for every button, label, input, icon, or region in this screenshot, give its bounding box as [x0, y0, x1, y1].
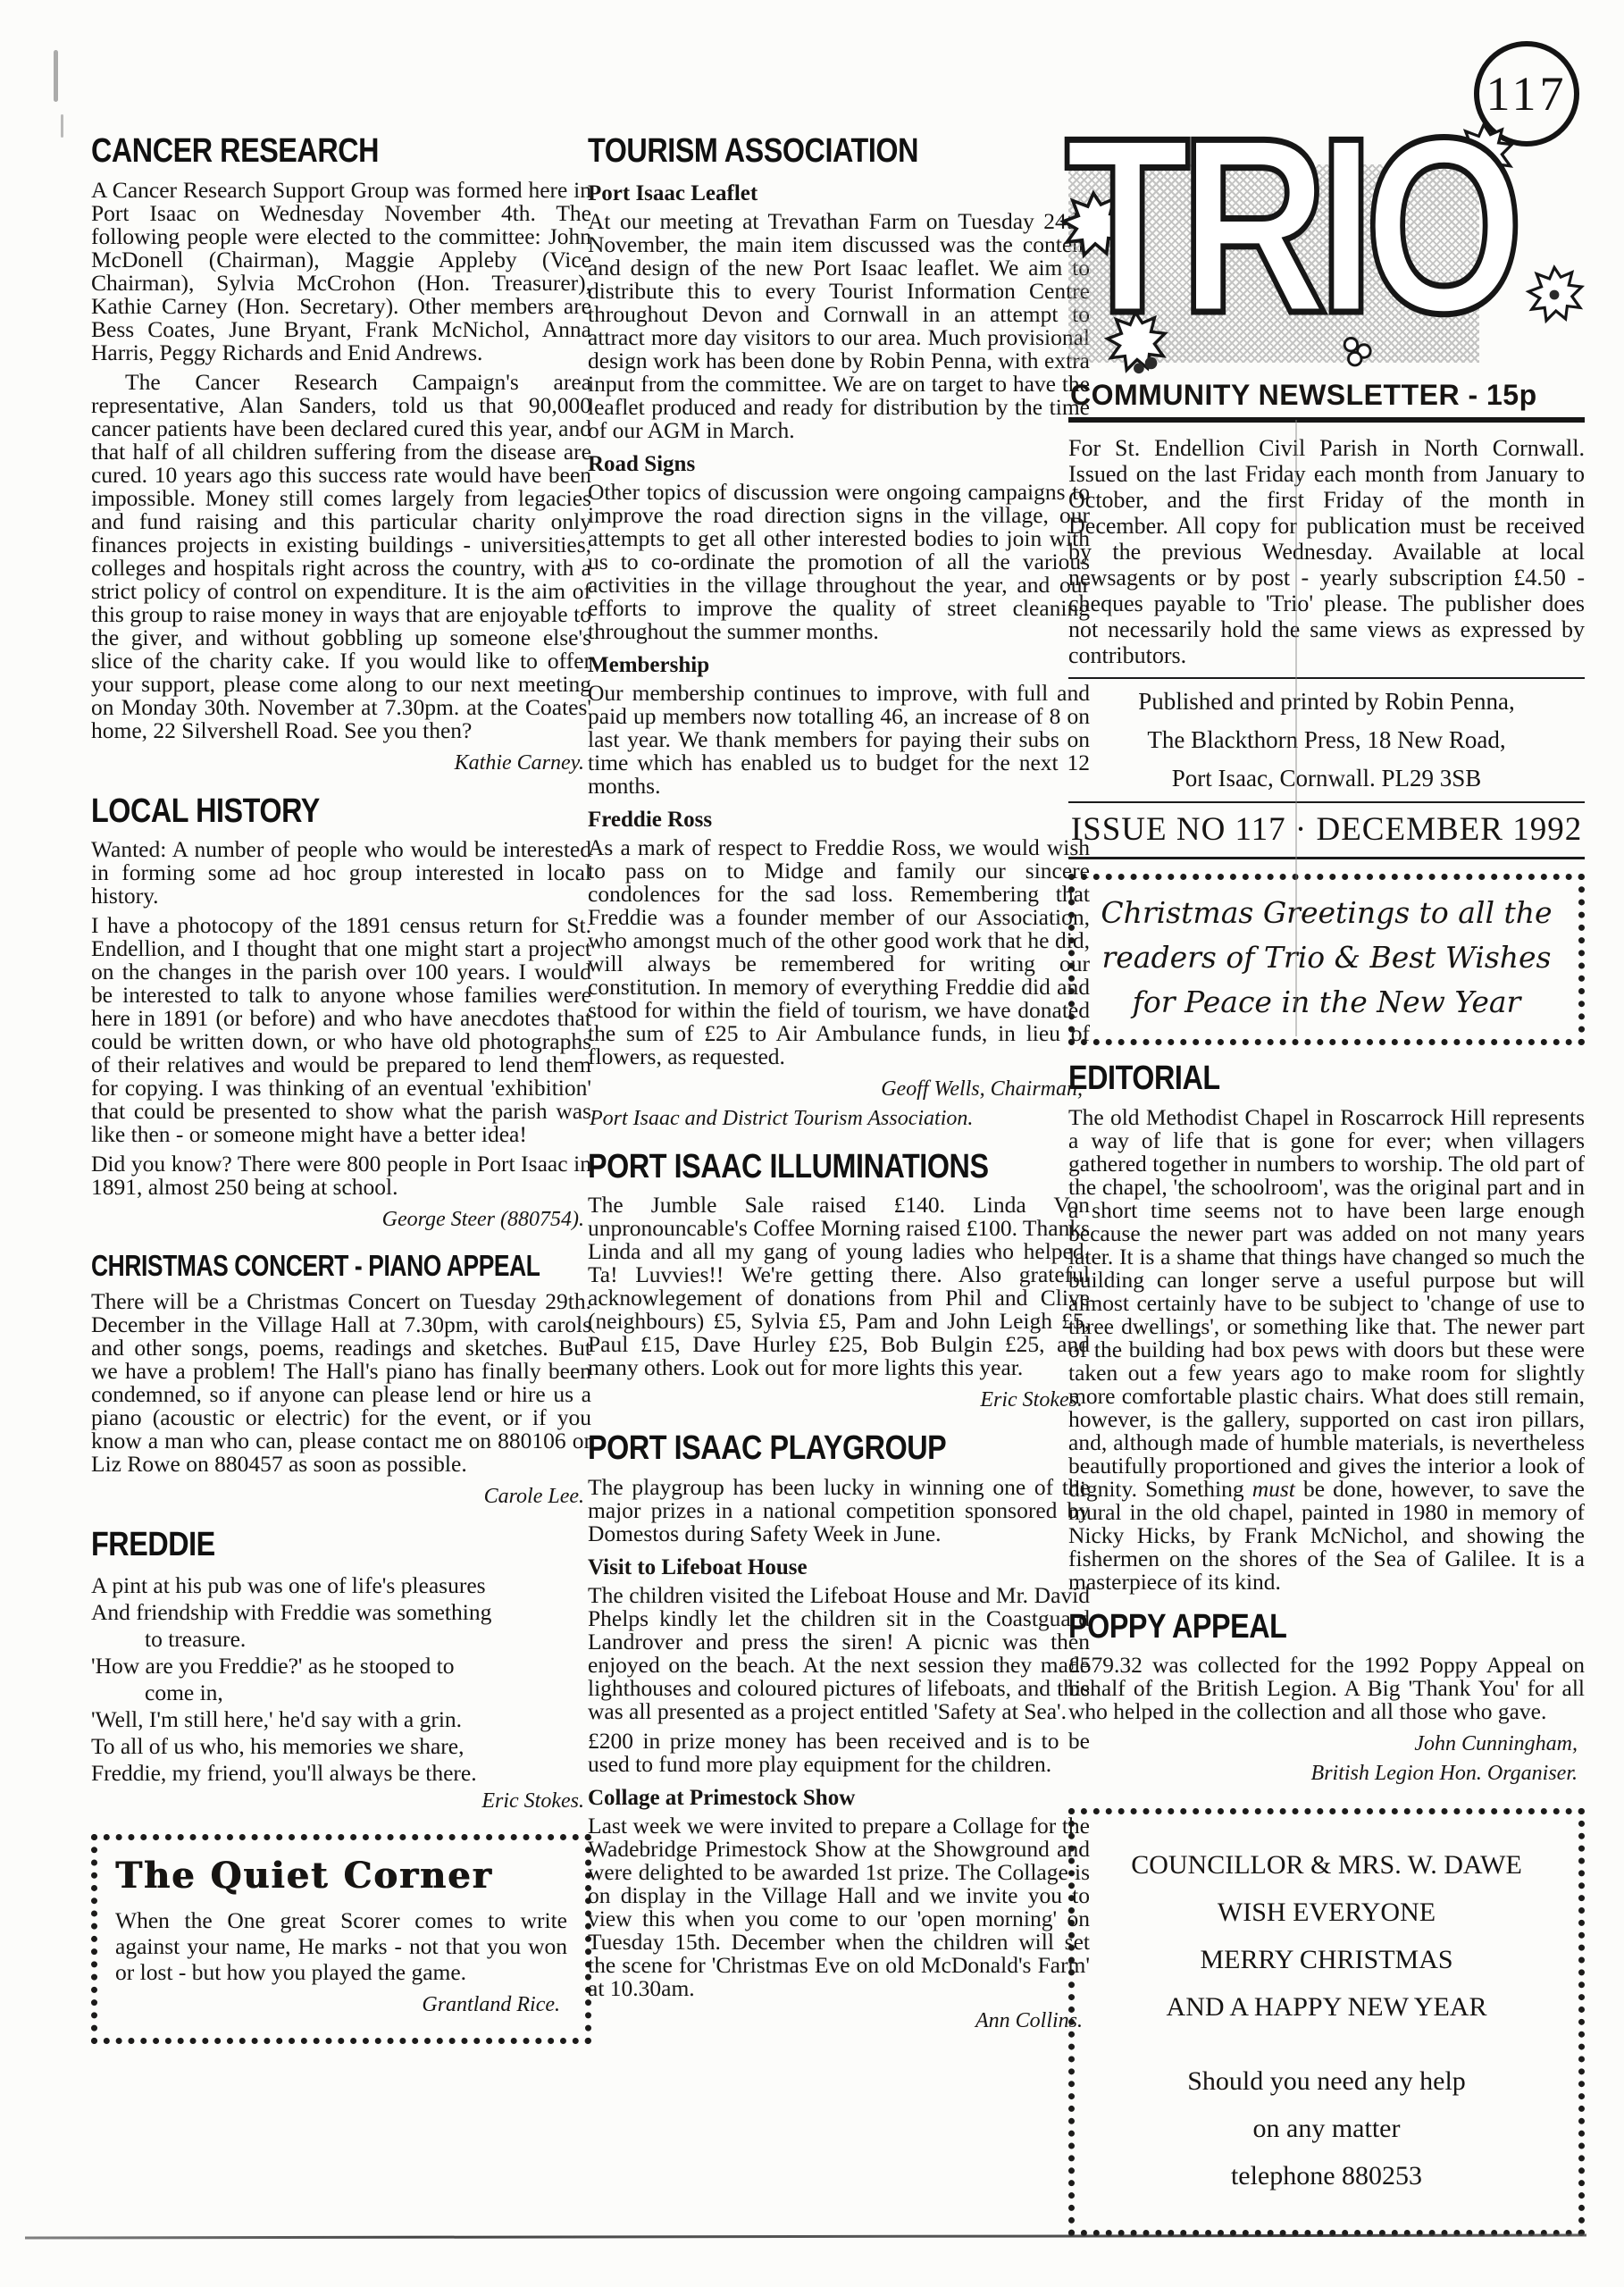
article-heading: PORT ISAAC PLAYGROUP: [588, 1429, 1015, 1469]
publisher-line: Port Isaac, Cornwall. PL29 3SB: [1068, 759, 1585, 798]
publisher-line: Published and printed by Robin Penna,: [1068, 683, 1585, 721]
signature: Eric Stokes.: [91, 1787, 584, 1816]
signature: Grantland Rice.: [115, 1990, 560, 2020]
emphasized-word: must: [1252, 1476, 1295, 1502]
poem-line: Freddie, my friend, you'll always be the…: [91, 1760, 591, 1787]
sub-heading: Collage at Primestock Show: [588, 1785, 1090, 1812]
paragraph: At our meeting at Trevathan Farm on Tues…: [588, 210, 1090, 442]
signature: Geoff Wells, Chairman,: [588, 1075, 1083, 1104]
greeting-line: Christmas Greetings to all the: [1080, 891, 1573, 935]
article-heading: CHRISTMAS CONCERT - PIANO APPEAL: [91, 1249, 491, 1283]
poem-line: And friendship with Freddie was somethin…: [91, 1599, 591, 1626]
councillor-dawe-box: COUNCILLOR & MRS. W. DAWE WISH EVERYONE …: [1068, 1808, 1585, 2236]
page-footer-line: [25, 2233, 1586, 2239]
greeting-line: Should you need any help: [1084, 2057, 1570, 2105]
article-cancer-research: CANCER RESEARCH A Cancer Research Suppor…: [91, 132, 591, 778]
signature: Port Isaac and District Tourism Associat…: [590, 1104, 1083, 1134]
article-editorial: EDITORIAL The old Methodist Chapel in Ro…: [1068, 1060, 1585, 1594]
signature: British Legion Hon. Organiser.: [1068, 1759, 1578, 1789]
article-local-history: LOCAL HISTORY Wanted: A number of people…: [91, 792, 591, 1236]
divider: [1068, 801, 1585, 803]
paragraph: Did you know? There were 800 people in P…: [91, 1152, 591, 1199]
sub-heading: Port Isaac Leaflet: [588, 180, 1090, 207]
article-christmas-concert: CHRISTMAS CONCERT - PIANO APPEAL There w…: [91, 1249, 591, 1512]
logo-text: TRIO: [1065, 79, 1514, 373]
divider: [1068, 677, 1585, 679]
article-illuminations: PORT ISAAC ILLUMINATIONS The Jumble Sale…: [588, 1148, 1090, 1416]
article-heading: EDITORIAL: [1068, 1060, 1507, 1099]
sub-heading: Visit to Lifeboat House: [588, 1554, 1090, 1581]
quiet-corner-title: The Quiet Corner: [115, 1855, 567, 1897]
poem: A pint at his pub was one of life's plea…: [91, 1572, 591, 1787]
signature: Kathie Carney.: [91, 749, 584, 778]
paragraph: As a mark of respect to Freddie Ross, we…: [588, 836, 1090, 1068]
greeting-line: WISH EVERYONE: [1084, 1889, 1570, 1936]
sub-heading: Road Signs: [588, 451, 1090, 478]
article-poppy-appeal: POPPY APPEAL £579.32 was collected for t…: [1068, 1608, 1585, 1789]
paragraph: Other topics of discussion were ongoing …: [588, 481, 1090, 643]
article-heading: PORT ISAAC ILLUMINATIONS: [588, 1148, 1015, 1187]
christmas-greeting-box: Christmas Greetings to all the readers o…: [1068, 874, 1585, 1045]
quiet-corner-box: The Quiet Corner When the One great Scor…: [91, 1834, 591, 2044]
masthead-about: For St. Endellion Civil Parish in North …: [1068, 435, 1585, 668]
paragraph: The Cancer Research Campaign's area repr…: [91, 371, 591, 742]
greeting-line: on any matter: [1084, 2105, 1570, 2152]
newsletter-page: 117 CANCER RESEARCH A Cancer Research Su…: [0, 0, 1624, 2287]
masthead-logo: TRIO: [1068, 113, 1585, 377]
scan-fold-line: [1295, 420, 1297, 1036]
poem-line: come in,: [91, 1680, 591, 1706]
issue-line: ISSUE NO 117 · DECEMBER 1992: [1068, 808, 1585, 851]
paragraph: Our membership continues to improve, wit…: [588, 682, 1090, 798]
article-heading: LOCAL HISTORY: [91, 792, 516, 832]
column-left: CANCER RESEARCH A Cancer Research Suppor…: [91, 132, 591, 2044]
paragraph: The children visited the Lifeboat House …: [588, 1584, 1090, 1723]
poem-line: 'Well, I'm still here,' he'd say with a …: [91, 1706, 591, 1733]
paragraph: £200 in prize money has been received an…: [588, 1730, 1090, 1776]
scan-smudge: [61, 114, 63, 138]
divider: [1068, 857, 1585, 859]
paragraph-text: The old Methodist Chapel in Roscarrock H…: [1068, 1104, 1585, 1502]
greeting-line: telephone 880253: [1084, 2152, 1570, 2199]
scan-smudge: [54, 50, 58, 102]
article-heading: POPPY APPEAL: [1068, 1608, 1507, 1647]
article-playgroup: PORT ISAAC PLAYGROUP The playgroup has b…: [588, 1429, 1090, 2036]
greeting-line: COUNCILLOR & MRS. W. DAWE: [1084, 1841, 1570, 1889]
paragraph: There will be a Christmas Concert on Tue…: [91, 1290, 591, 1476]
column-middle: TOURISM ASSOCIATION Port Isaac Leaflet A…: [588, 132, 1090, 2045]
article-heading: TOURISM ASSOCIATION: [588, 132, 1015, 172]
poem-line: to treasure.: [91, 1626, 591, 1653]
paragraph: The playgroup has been lucky in winning …: [588, 1476, 1090, 1546]
sub-heading: Freddie Ross: [588, 807, 1090, 834]
paragraph: When the One great Scorer comes to write…: [115, 1907, 567, 1985]
column-right: TRIO COMMUNITY NEWSLETTER - 15p For St. …: [1068, 113, 1585, 2236]
poem-line: To all of us who, his memories we share,: [91, 1733, 591, 1760]
paragraph: Last week we were invited to prepare a C…: [588, 1814, 1090, 2000]
sub-heading: Membership: [588, 652, 1090, 679]
greeting-line: AND A HAPPY NEW YEAR: [1084, 1983, 1570, 2031]
paragraph: I have a photocopy of the 1891 census re…: [91, 914, 591, 1146]
article-heading: FREDDIE: [91, 1526, 516, 1565]
paragraph: £579.32 was collected for the 1992 Poppy…: [1068, 1654, 1585, 1723]
poem-line: 'How are you Freddie?' as he stooped to: [91, 1653, 591, 1680]
signature: John Cunningham,: [1068, 1730, 1578, 1759]
poem-line: A pint at his pub was one of life's plea…: [91, 1572, 591, 1599]
greeting-line: readers of Trio & Best Wishes: [1080, 935, 1573, 980]
paragraph: Wanted: A number of people who would be …: [91, 838, 591, 908]
article-tourism-association: TOURISM ASSOCIATION Port Isaac Leaflet A…: [588, 132, 1090, 1134]
paragraph: The old Methodist Chapel in Roscarrock H…: [1068, 1106, 1585, 1594]
greeting-line: MERRY CHRISTMAS: [1084, 1936, 1570, 1983]
paragraph: The Jumble Sale raised £140. Linda Von u…: [588, 1194, 1090, 1379]
publisher-line: The Blackthorn Press, 18 New Road,: [1068, 721, 1585, 759]
signature: Eric Stokes.: [588, 1386, 1083, 1415]
holly-leaf-icon: [1522, 263, 1586, 327]
greeting-line: for Peace in the New Year: [1080, 980, 1573, 1025]
masthead-tagline: COMMUNITY NEWSLETTER - 15p: [1068, 379, 1585, 423]
article-heading: CANCER RESEARCH: [91, 132, 516, 172]
paragraph: A Cancer Research Support Group was form…: [91, 179, 591, 364]
signature: Ann Collins.: [588, 2006, 1083, 2036]
article-freddie-poem: FREDDIE A pint at his pub was one of lif…: [91, 1526, 591, 1816]
signature: George Steer (880754).: [91, 1205, 584, 1235]
signature: Carole Lee.: [91, 1482, 584, 1512]
